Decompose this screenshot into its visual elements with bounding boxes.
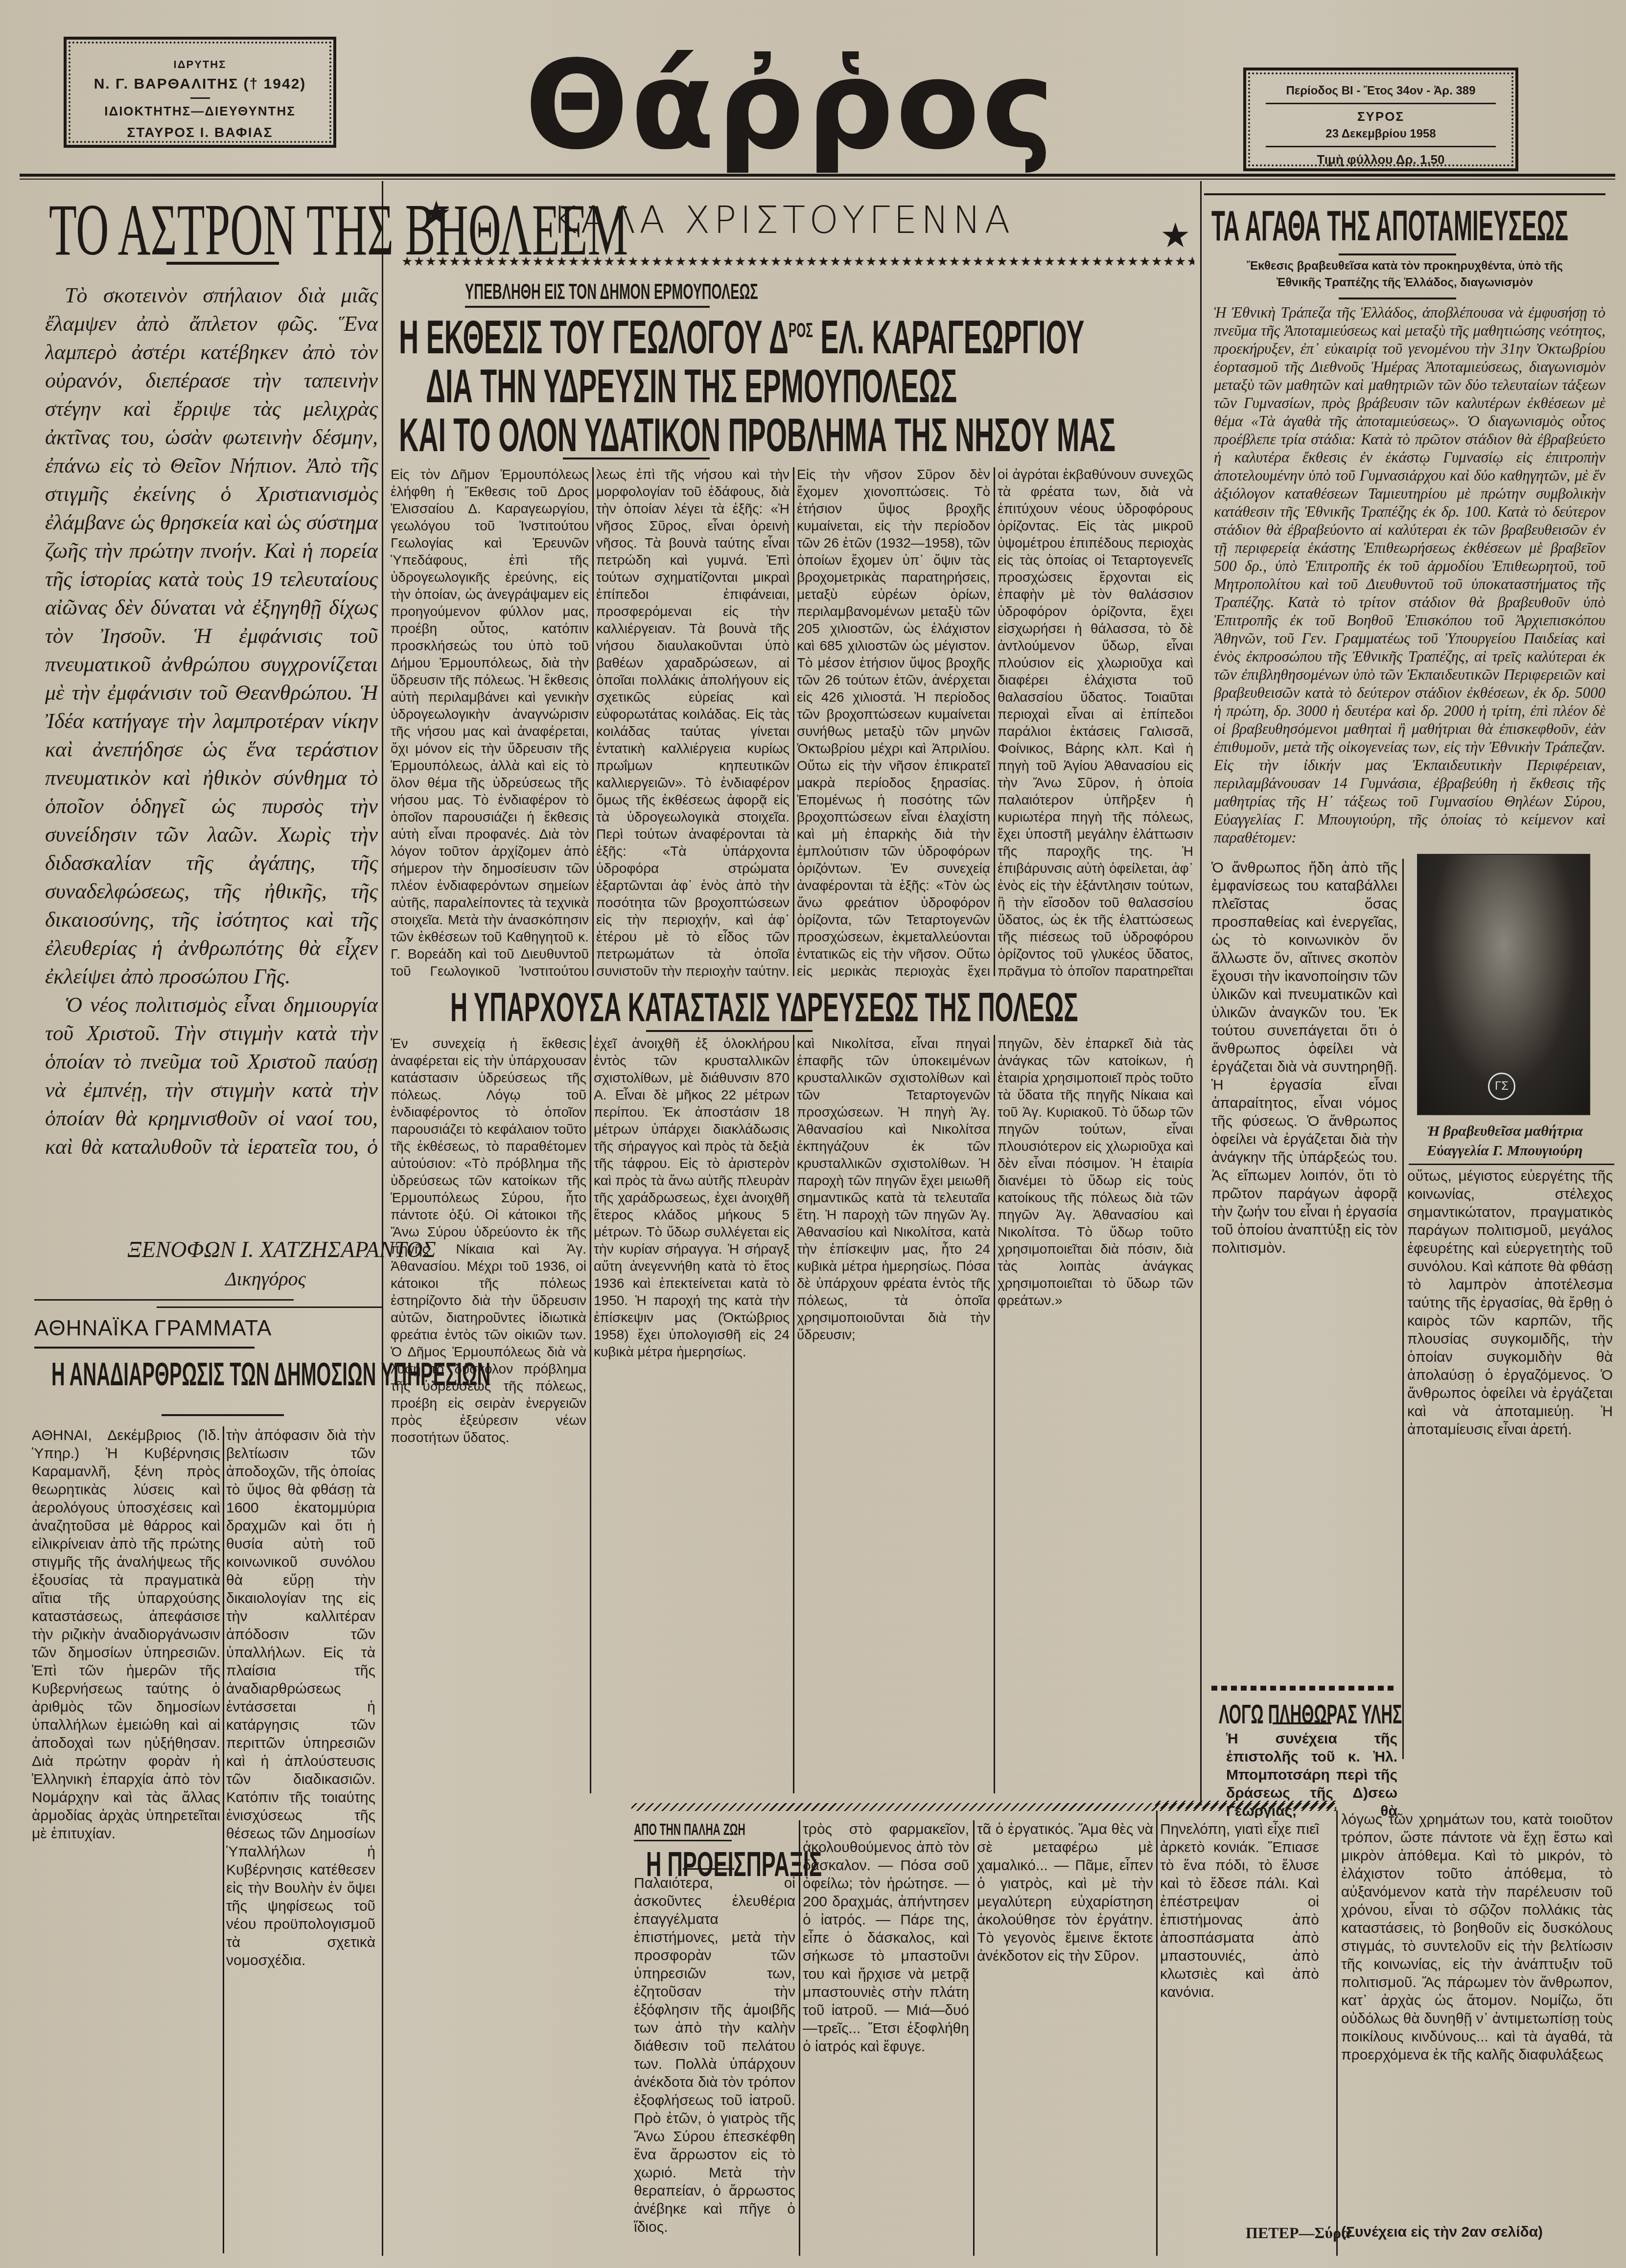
savings-col-far-right: λόγως τῶν χρημάτων του, κατὰ τοιοῦτον τρ…: [1341, 1810, 1613, 2226]
founder-name: Ν. Γ. ΒΑΡΘΑΛΙΤΗΣ († 1942): [67, 76, 333, 92]
paragraph: Τὸ σκοτεινὸν σπήλαιον διὰ μιᾶς ἔλαμψεν ἀ…: [45, 281, 378, 991]
main-col-2: λεως ἐπὶ τῆς νήσου καὶ τὴν μορφολογίαν τ…: [596, 466, 790, 977]
title-underline: [162, 1414, 284, 1416]
founder-label: ΙΔΡΥΤΗΣ: [67, 58, 333, 71]
column-divider: [793, 467, 794, 976]
savings-intro: Ἡ Ἐθνικὴ Τράπεζα τῆς Ἑλλάδος, ἀποβλέπουσ…: [1214, 303, 1605, 856]
title-underline: [166, 262, 279, 265]
column-divider: [382, 181, 383, 2256]
star-icon-right: ★: [1160, 215, 1191, 256]
section-underline: [34, 1347, 255, 1349]
column-divider: [592, 467, 594, 976]
title-underline: [646, 1030, 813, 1032]
savings-col-left: Ὁ ἄνθρωπος ἤδη ἀπὸ τῆς ἐμφανίσεως του κα…: [1211, 859, 1397, 1632]
old-life-col-1: Παλαιότερα, οἱ ἀσκοῦντες ἐλευθέρια ἐπαγγ…: [634, 1874, 795, 2256]
headline-underline: [563, 458, 710, 459]
continued-note[interactable]: (Συνέχεια εἰς τὴν 2αν σελίδα): [1341, 2224, 1543, 2241]
title-underline: [1339, 253, 1456, 255]
column-divider: [590, 1035, 591, 1793]
place: ΣΥΡΟΣ: [1246, 109, 1515, 124]
divider: [34, 1299, 294, 1301]
masthead-rule-2: [20, 179, 1615, 180]
divider: [157, 1306, 382, 1308]
author-name: ΞΕΝΟΦΩΝ Ι. ΧΑΤΖΗΣΑΡΑΝΤΟΣ: [127, 1236, 436, 1264]
price: Τιμὴ φύλλου Δρ. 1,50: [1246, 152, 1515, 167]
masthead-left-box: ΙΔΡΥΤΗΣ Ν. Γ. ΒΑΡΘΑΛΙΤΗΣ († 1942) ΙΔΙΟΚΤ…: [64, 37, 336, 148]
column-divider: [799, 1820, 800, 2256]
caption-rule: [1409, 1164, 1614, 1165]
main-headline-2: ΔΙΑ ΤΗΝ ΥΔΡΕΥΣΙΝ ΤΗΣ ΕΡΜΟΥΠΟΛΕΩΣ: [426, 360, 957, 413]
owner-name: ΣΤΑΥΡΟΣ Ι. ΒΑΦΙΑΣ: [67, 125, 333, 140]
water-col-4: πηγῶν, δὲν ἐπαρκεῖ διὰ τὰς ἀνάγκας τῶν κ…: [998, 1035, 1193, 1793]
savings-subtitle: Ἔκθεσις βραβευθεῖσα κατὰ τὸν προκηρυχθέν…: [1229, 258, 1581, 291]
star-border: ★★★★★★★★★★★★★★★★★★★★★★★★★★★★★★★★★★★★★★★★…: [401, 254, 1194, 269]
athens-col-1: ΑΘΗΝΑΙ, Δεκέμβριος (Ἰδ. Ὑπηρ.) Ἡ Κυβέρνη…: [32, 1426, 220, 2253]
water-article-title: Η ΥΠΑΡΧΟΥΣΑ ΚΑΤΑΣΤΑΣΙΣ ΥΔΡΕΥΣΕΩΣ ΤΗΣ ΠΟΛ…: [450, 984, 1078, 1031]
main-col-4: οἱ ἀγρόται ἐκβαθύνουν συνεχῶς τὰ φρέατα …: [998, 466, 1193, 977]
main-col-3: Εἰς τὴν νῆσον Σῦρον δὲν ἔχομεν χιονοπτώσ…: [797, 466, 990, 977]
masthead-right-box: Περίοδος ΒΙ - Ἔτος 34ον - Ἀρ. 389 ΣΥΡΟΣ …: [1243, 68, 1518, 171]
notice-underline: [1273, 1722, 1331, 1724]
old-life-section: ΑΠΟ ΤΗΝ ΠΑΛΗΑ ΖΩΗ: [634, 1820, 745, 1839]
athens-section-label: ΑΘΗΝΑΪΚΑ ΓΡΑΜΜΑΤΑ: [34, 1316, 272, 1341]
kicker-underline: [465, 306, 710, 308]
owner-label: ΙΔΙΟΚΤΗΤΗΣ—ΔΙΕΥΘΥΝΤΗΣ: [67, 104, 333, 119]
main-kicker: ΥΠΕΒΛΗΘΗ ΕΙΣ ΤΟΝ ΔΗΜΟΝ ΕΡΜΟΥΠΟΛΕΩΣ: [465, 280, 758, 304]
savings-title: ΤΑ ΑΓΑΘΑ ΤΗΣ ΑΠΟΤΑΜΙΕΥΣΕΩΣ: [1211, 201, 1568, 251]
water-col-1: Ἐν συνεχείᾳ ἡ ἔκθεσις ἀναφέρεται εἰς τὴν…: [391, 1035, 586, 1793]
headline-sup: ΡΟΣ: [789, 319, 813, 342]
column-divider: [793, 1035, 794, 1793]
main-headline-1: Η ΕΚΘΕΣΙΣ ΤΟΥ ΓΕΩΛΟΓΟΥ ΔΡΟΣ ΕΛ. ΚΑΡΑΓΕΩΡ…: [399, 311, 1084, 365]
paragraph: Ὁ νέος πολιτισμὸς εἶναι δημιουργία τοῦ Χ…: [45, 991, 378, 1162]
issue-date: 23 Δεκεμβρίου 1958: [1246, 127, 1515, 141]
masthead-rule: [20, 174, 1615, 177]
headline-part: Η ΕΚΘΕΣΙΣ ΤΟΥ ΓΕΩΛΟΓΟΥ Δ: [399, 311, 789, 364]
column-divider: [994, 1035, 995, 1793]
column-divider: [1402, 859, 1404, 1759]
star-article-body: Τὸ σκοτεινὸν σπήλαιον διὰ μιᾶς ἔλαμψεν ἀ…: [45, 281, 378, 1162]
photo-badge-icon: ΓΣ: [1488, 1073, 1515, 1100]
notice-title: ΛΟΓΩ ΠΛΗΘΩΡΑΣ ΥΛΗΣ: [1219, 1698, 1402, 1730]
column-divider: [223, 1426, 224, 2253]
photo-caption-line-2: Εὐαγγελία Γ. Μπουγιούρη: [1427, 1143, 1582, 1159]
author-title: Δικηγόρος: [225, 1265, 306, 1293]
title-underline: [683, 1868, 734, 1870]
newspaper-title: Θάῤῥος: [485, 44, 1096, 166]
section-rule: [1204, 193, 1605, 195]
student-photo: ΓΣ: [1417, 854, 1590, 1115]
main-col-1: Εἰς τὸν Δῆμον Ἑρμουπόλεως ἐλήφθη ἡ Ἔκθεσ…: [391, 466, 589, 977]
column-divider: [1200, 181, 1202, 1806]
old-life-signature: ΠΕΤΕΡ—Σύρα: [1246, 2224, 1350, 2242]
old-life-col-3: τᾶ ὁ ἐργατικός. Ἄμα θὲς νὰ σὲ μεταφέρω μ…: [977, 1820, 1153, 2256]
savings-col-right: οὕτως, μέγιστος εὐεργέτης τῆς κοινωνίας,…: [1407, 1167, 1613, 1798]
issue-info: Περίοδος ΒΙ - Ἔτος 34ον - Ἀρ. 389: [1246, 84, 1515, 98]
water-col-2: ἐχεῖ ἀνοιχθῆ ἐξ ὁλοκλήρου ἐντὸς τῶν κρυσ…: [594, 1035, 790, 1793]
column-divider: [973, 1820, 975, 2256]
wavy-divider: [1155, 1801, 1336, 1809]
headline-part: ΕΛ. ΚΑΡΑΓΕΩΡΓΙΟΥ: [813, 311, 1085, 364]
subtitle-underline: [1339, 298, 1456, 299]
photo-caption-line-1: Ἡ βραβευθεῖσα μαθήτρια: [1427, 1123, 1583, 1140]
old-life-col-4: Πηνελόπη, γιατὶ εἶχε πιεῖ ἀρκετὸ κονιάκ.…: [1160, 1820, 1319, 2226]
main-headline-3: ΚΑΙ ΤΟ ΟΛΟΝ ΥΔΑΤΙΚΟΝ ΠΡΟΒΛΗΜΑ ΤΗΣ ΝΗΣΟΥ …: [399, 409, 1115, 462]
column-divider: [1336, 1810, 1338, 2256]
old-life-col-2: τρὸς στὸ φαρμακεῖον, ἀκολουθούμενος ἀπὸ …: [803, 1820, 969, 2256]
water-col-3: καὶ Νικολίτσα, εἶναι πηγαὶ ἐπαφῆς τῶν ὑπ…: [797, 1035, 990, 1793]
athens-col-2: τὴν ἀπόφασιν διὰ τὴν βελτίωσιν τῶν ἀποδο…: [226, 1426, 375, 2253]
column-divider: [994, 467, 995, 976]
christmas-greeting: ΚΑΛΑ ΧΡΙΣΤΟΥΓΕΝΝΑ: [445, 198, 1121, 242]
dotted-divider: [1211, 1686, 1397, 1691]
section-underline: [634, 1840, 732, 1841]
column-divider: [1156, 1810, 1158, 2256]
